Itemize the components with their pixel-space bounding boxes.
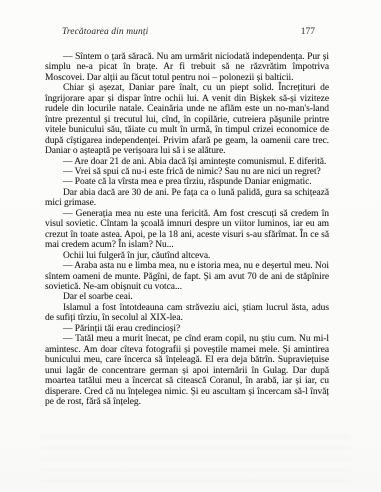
paragraph: — Araba asta nu e limba mea, nu e istori… bbox=[45, 261, 329, 292]
paragraph: — Are doar 21 de ani. Abia dacă își amin… bbox=[45, 157, 329, 167]
body-text: — Sîntem o țară săracă. Nu am urmărit ni… bbox=[45, 52, 329, 407]
book-page: Trecătoarea din munți 177 — Sîntem o țar… bbox=[0, 0, 381, 492]
paragraph: Dar el soarbe ceai. bbox=[45, 292, 329, 302]
page-number: 177 bbox=[301, 27, 315, 38]
paragraph: — Tatăl meu a murit înecat, pe cînd eram… bbox=[45, 334, 329, 407]
scan-ghosting-artifact bbox=[40, 436, 351, 484]
paragraph: — Generația mea nu este una fericită. Am… bbox=[45, 209, 329, 251]
paragraph: Islamul a fost întotdeauna cam străveziu… bbox=[45, 303, 329, 324]
paragraph: Ochii lui fulgeră în jur, căutînd altcev… bbox=[45, 251, 329, 261]
paragraph: — Sîntem o țară săracă. Nu am urmărit ni… bbox=[45, 52, 329, 83]
paragraph: — Părinții tăi erau credincioși? bbox=[45, 324, 329, 334]
chapter-title: Trecătoarea din munți bbox=[62, 27, 148, 38]
running-head: Trecătoarea din munți 177 bbox=[62, 27, 315, 38]
paragraph: — Vrei să spui că nu-i este frică de nim… bbox=[45, 167, 329, 177]
paragraph: — Poate că la vîrsta mea e prea tîrziu, … bbox=[45, 177, 329, 187]
paragraph: Dar abia dacă are 30 de ani. Pe fața ca … bbox=[45, 188, 329, 209]
paragraph: Chiar și așezat, Daniar pare înalt, cu u… bbox=[45, 83, 329, 156]
